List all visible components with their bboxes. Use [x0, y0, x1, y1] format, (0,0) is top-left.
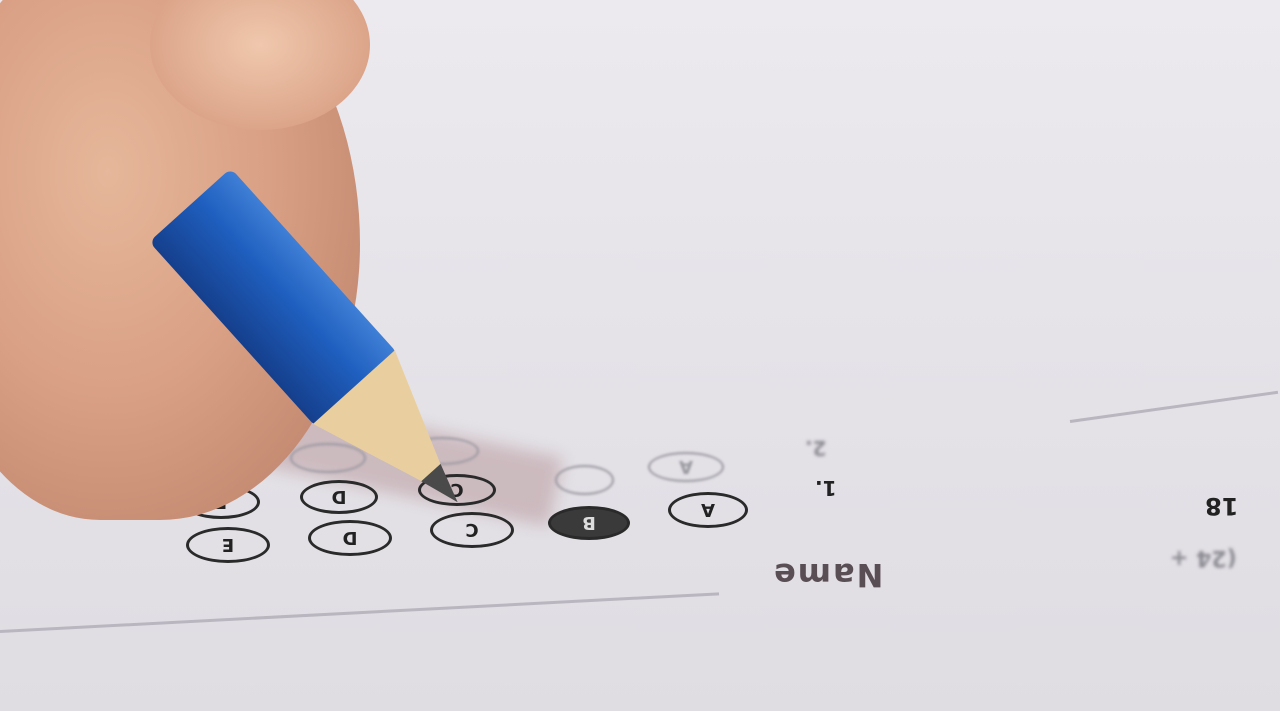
name-underline — [0, 592, 719, 633]
answer-bubble — [555, 465, 614, 495]
question-number-2: 2. — [805, 436, 827, 460]
score-sub: (24 + — [1170, 545, 1237, 570]
score-number: 18 — [1205, 492, 1238, 520]
answer-bubble-c[interactable]: C — [430, 512, 514, 548]
name-label: Name — [772, 556, 883, 594]
answer-bubble-b-filled[interactable]: B — [548, 506, 630, 540]
divider-line — [1070, 391, 1278, 423]
answer-bubble-d[interactable]: D — [300, 480, 378, 514]
question-number-1: 1. — [815, 476, 837, 500]
answer-bubble-e[interactable]: E — [186, 527, 270, 563]
answer-bubble-a[interactable]: A — [668, 492, 748, 528]
answer-bubble: A — [648, 452, 724, 482]
answer-bubble-d[interactable]: D — [308, 520, 392, 556]
